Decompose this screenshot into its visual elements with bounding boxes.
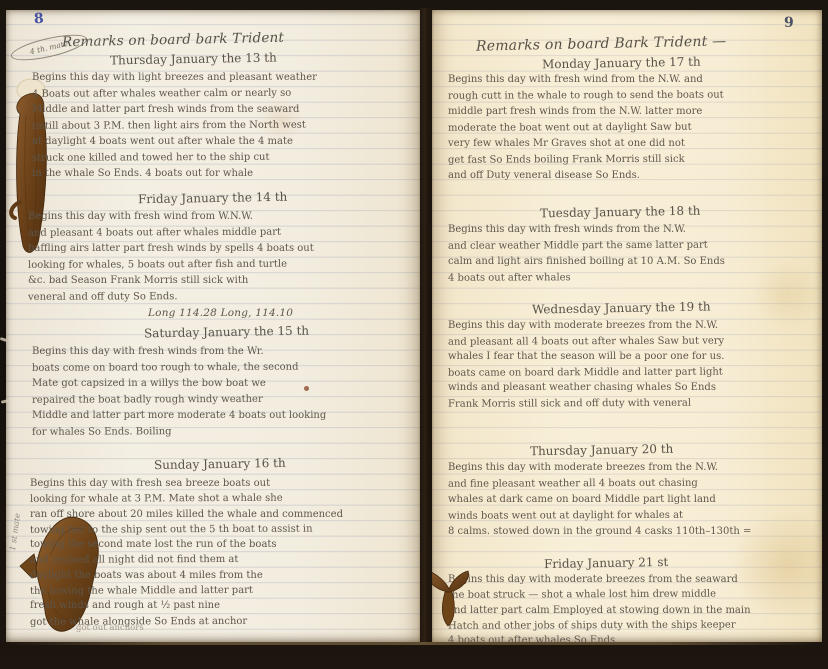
entry-date-jan19: Wednesday January the 19 th [532,299,711,316]
log-text-line: and cruised all night did not find them … [30,552,418,569]
entry-body-jan14: Begins this day with fresh wind from W.N… [28,209,418,305]
entry-date-jan14: Friday January the 14 th [138,190,288,207]
log-text-line: very few whales Mr Graves shot at one di… [448,136,816,152]
entry-body-jan16: Begins this day with fresh sea breeze bo… [30,476,418,629]
log-text-line: ran off shore about 20 miles killed the … [30,507,418,522]
log-text-line: and clear weather Middle part the same l… [448,237,816,255]
pencil-note: got out anchors [76,623,144,633]
entry-date-jan17: Monday January the 17 th [542,55,701,72]
entry-date-jan13: Thursday January the 13 th [110,51,277,68]
log-text-line: Begins this day with fresh wind from W.N… [28,209,418,225]
lat-long-line: Long 114.28 Long, 114.10 [148,307,293,319]
log-text-line: towing the second mate lost the run of t… [30,537,418,552]
log-text-line: Middle and latter part fresh winds from … [32,102,418,118]
entry-body-jan21: Begins this day with moderate breezes fr… [448,572,820,642]
log-text-line: moderate the boat went out at daylight S… [448,119,816,137]
log-text-line: and pleasant 4 boats out after whales mi… [28,224,418,242]
log-text-line: looking for whale at 3 P.M. Mate shot a … [30,490,418,507]
log-text-line: get fast So Ends boiling Frank Morris st… [448,151,816,169]
log-text-line: Frank Morris still sick and off duty wit… [448,395,816,412]
log-text-line: winds boats went out at daylight for wha… [448,507,816,525]
log-text-line: calm and light airs finished boiling at … [448,254,816,270]
log-text-line: towing her to the ship sent out the 5 th… [30,521,418,538]
logbook-page-right: 9 Remarks on board Bark Trident — Monday… [432,10,822,642]
log-text-line: Middle and latter part more moderate 4 b… [32,408,418,424]
log-text-line: boats came on board dark Middle and latt… [448,364,816,381]
log-text-line: repaired the boat badly rough windy weat… [32,391,418,409]
log-text-line: the towing the whale Middle and latter p… [30,582,418,599]
log-text-line: and latter part calm Employed at stowing… [448,603,820,618]
log-text-line: &c. bad Season Frank Morris still sick w… [28,273,418,289]
log-text-line: rough cutt in the whale to rough to send… [448,87,816,105]
log-text-line: Hatch and other jobs of ships duty with … [448,617,820,634]
log-text-line: struck one killed and towed her to the s… [32,149,418,167]
log-text-line: boats come on board too rough to whale, … [32,359,418,377]
log-text-line: and pleasant all 4 boats out after whale… [448,333,816,350]
entry-date-jan21: Friday January 21 st [544,555,669,571]
log-text-line: 4 boats out after whales [448,269,816,287]
log-text-line: 4 Boats out after whales weather calm or… [32,85,418,103]
entry-body-jan19: Begins this day with moderate breezes fr… [448,318,816,411]
log-text-line: 8 calms. stowed down in the ground 4 cas… [448,524,816,540]
book-gutter [418,8,434,644]
entry-date-jan16: Sunday January 16 th [154,456,286,472]
log-text-line: winds and pleasant weather chasing whale… [448,380,816,396]
log-text-line: untill about 3 P.M. then light airs from… [32,117,418,135]
entry-date-jan20: Thursday January 20 th [530,442,674,458]
page-number-right: 9 [784,15,794,31]
log-text-line: Begins this day with moderate breezes fr… [448,318,816,334]
page-header: Remarks on board Bark Trident — [476,33,727,54]
entry-body-jan15: Begins this day with fresh winds from th… [32,344,418,440]
log-text-line: Begins this day with moderate breezes fr… [448,460,816,476]
log-text-line: for whales So Ends. Boiling [32,423,418,441]
page-header: Remarks on board bark Trident [62,30,284,51]
log-text-line: at daylight 4 boats went out after whale… [32,134,418,150]
log-text-line: and off Duty veneral disease So Ends. [448,168,816,184]
log-text-line: in the whale So Ends. 4 boats out for wh… [32,166,418,182]
log-text-line: fresh winds and rough at ½ past nine [30,598,418,613]
log-text-line: Mate got capsized in a willys the bow bo… [32,376,418,392]
entry-body-jan17: Begins this day with fresh wind from the… [448,72,816,184]
entry-date-jan18: Tuesday January the 18 th [540,204,701,221]
page-bottom-edge [6,642,822,645]
logbook-page-left: 8 4 th. mate 1 st mate [6,10,420,642]
log-text-line: Begins this day with fresh sea breeze bo… [30,476,418,491]
entry-body-jan20: Begins this day with moderate breezes fr… [448,460,816,540]
log-text-line: looking for whales, 5 boats out after fi… [28,256,418,274]
logbook-photo: 8 4 th. mate 1 st mate [0,0,828,669]
log-text-line: baffling airs latter part fresh winds by… [28,241,418,257]
log-text-line: daylight the boats was about 4 miles fro… [30,568,418,583]
log-text-line: Begins this day with moderate breezes fr… [448,572,820,587]
log-text-line: Begins this day with fresh winds from th… [32,344,418,360]
log-text-line: veneral and off duty So Ends. [28,288,418,306]
log-text-line: middle part fresh winds from the N.W. la… [448,104,816,120]
log-text-line: whales at dark came on board Middle part… [448,492,816,508]
log-text-line: the boat struck — shot a whale lost him … [448,586,820,603]
whale-fluke-stamp-icon [432,566,474,632]
page-number-left: 8 [33,11,44,28]
log-text-line: Begins this day with fresh winds from th… [448,222,816,238]
entry-body-jan13: Begins this day with light breezes and p… [32,70,418,182]
log-text-line: Begins this day with fresh wind from the… [448,72,816,88]
entry-date-jan15: Saturday January the 15 th [144,324,309,341]
log-text-line: 4 boats out after whales So Ends [448,633,820,642]
log-text-line: whales I fear that the season will be a … [448,349,816,365]
log-text-line: Begins this day with light breezes and p… [32,70,418,86]
entry-body-jan18: Begins this day with fresh winds from th… [448,222,816,286]
log-text-line: and fine pleasant weather all 4 boats ou… [448,475,816,493]
